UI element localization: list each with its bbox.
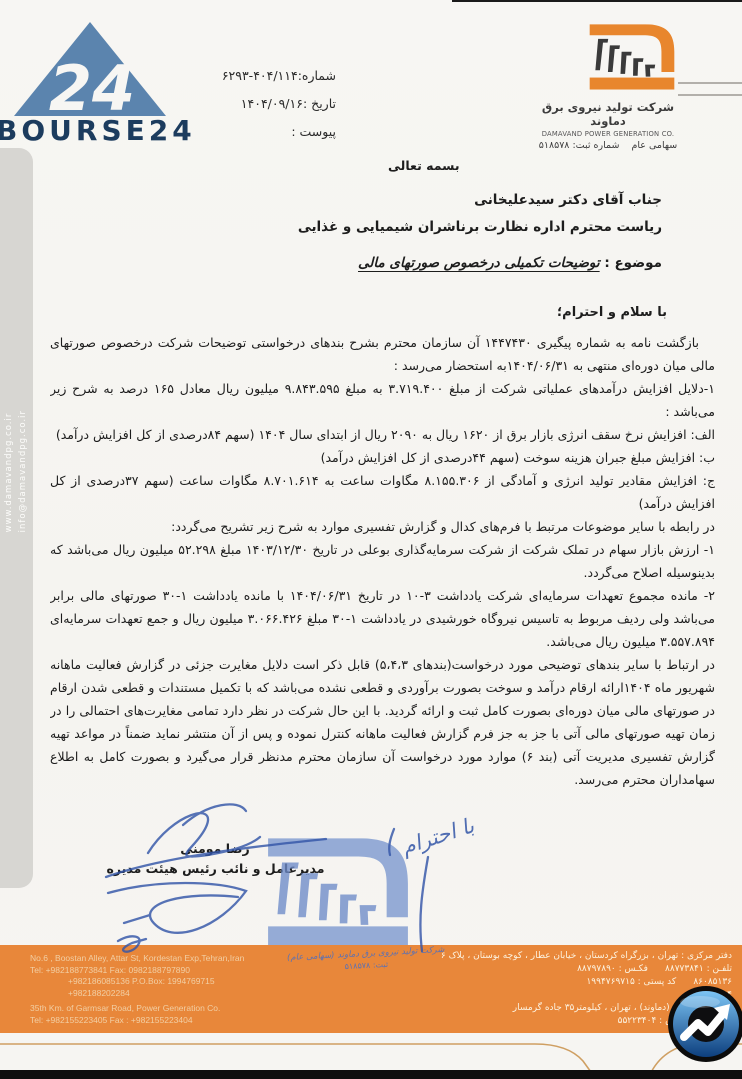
scanned-letter-page: www.damavandpg.co.ir info@damavandpg.co.… <box>0 0 742 1079</box>
footer-en-line: Tel: +982188773841 Fax: 0982188797890 <box>30 965 244 977</box>
company-name-fa: شرکت تولید نیروی برق دماوند <box>538 100 678 128</box>
damavand-logo-icon <box>586 24 678 98</box>
letter-attachment: پیوست : <box>158 124 336 139</box>
side-contact-strip: www.damavandpg.co.ir info@damavandpg.co.… <box>0 148 33 888</box>
letter-body: بازگشت نامه به شماره پیگیری ۱۴۴۷۴۳۰ آن س… <box>50 331 715 847</box>
bourse24-triangle-icon: 24 <box>0 20 166 118</box>
stock-chart-icon <box>666 984 742 1064</box>
body-paragraph: ۱- ارزش بازار سهام در تملک شرکت از شرکت … <box>50 538 715 584</box>
header-rule-line <box>678 82 742 84</box>
subject-text: توضیحات تکمیلی درخصوص صورتهای مالی <box>358 255 600 271</box>
body-paragraph: در رابطه با سایر موضوعات مرتبط با فرم‌ها… <box>50 515 715 538</box>
footer-en-line: +982188202284 <box>30 988 244 1000</box>
bourse24-watermark: 24 BOURSE24 <box>0 20 174 147</box>
vertical-email-text: info@damavandpg.co.ir <box>17 410 30 532</box>
bottom-scan-bar <box>0 1070 742 1079</box>
vertical-website-text: www.damavandpg.co.ir <box>3 410 16 532</box>
letter-reference-block: شماره:۴۰۴/۱۱۴-۶۲۹۳ تاریخ :۱۴۰۴/۰۹/۱۶ پیو… <box>158 68 336 152</box>
recipient-title: ریاست محترم اداره نظارت برناشران شیمیایی… <box>298 219 662 235</box>
company-name-en: DAMAVAND POWER GENERATION CO. <box>538 130 678 138</box>
recipient-name: جناب آقای دکتر سیدعلیخانی <box>298 192 662 208</box>
footer-address-en: No.6 , Boostan Alley, Attar St, Kordesta… <box>30 953 244 1026</box>
body-paragraph: ب: افزایش مبلغ جبران هزینه سوخت (سهم ۴۴د… <box>50 446 715 469</box>
body-paragraph: در ارتباط با سایر بندهای توضیحی مورد درخ… <box>50 653 715 791</box>
footer-en-line: +982186085136 P.O.Box: 1994769715 <box>30 976 244 988</box>
body-paragraph: الف: افزایش نرخ سقف انرژی بازار برق از ۱… <box>50 423 715 446</box>
company-stamp-icon <box>262 838 414 960</box>
body-paragraph: ج: افزایش مقادیر تولید انرژی و آمادگی از… <box>50 469 715 515</box>
body-paragraph: ۲- مانده مجموع تعهدات سرمایه‌ای شرکت یاد… <box>50 584 715 653</box>
body-paragraph: ۱-دلایل افزایش درآمدهای عملیاتی شرکت از … <box>50 377 715 423</box>
letter-number: شماره:۴۰۴/۱۱۴-۶۲۹۳ <box>158 68 336 83</box>
salutation: با سلام و احترام؛ <box>557 305 667 320</box>
bourse24-number: 24 <box>49 52 135 118</box>
besmeleh: بسمه تعالی <box>388 158 460 173</box>
company-registration: سهامی عام شماره ثبت: ۵۱۸۵۷۸ <box>538 140 678 151</box>
footer-en-line: No.6 , Boostan Alley, Attar St, Kordesta… <box>30 953 244 965</box>
scan-edge-line <box>452 0 742 2</box>
bourse24-wordmark: BOURSE24 <box>0 114 174 147</box>
subject-line: موضوع : توضیحات تکمیلی درخصوص صورتهای ما… <box>358 255 662 271</box>
company-name-block: شرکت تولید نیروی برق دماوند DAMAVAND POW… <box>538 100 678 151</box>
body-paragraph: بازگشت نامه به شماره پیگیری ۱۴۴۷۴۳۰ آن س… <box>50 331 715 377</box>
footer-en-line: Tel: +982155223405 Fax : +982155223404 <box>30 1015 244 1027</box>
letter-date: تاریخ :۱۴۰۴/۰۹/۱۶ <box>158 96 336 111</box>
recipient-block: جناب آقای دکتر سیدعلیخانی ریاست محترم اد… <box>298 192 662 246</box>
header-rule-line <box>678 94 742 96</box>
footer-en-line: 35th Km. of Garmsar Road, Power Generati… <box>30 1003 244 1015</box>
subject-label: موضوع : <box>604 255 662 271</box>
